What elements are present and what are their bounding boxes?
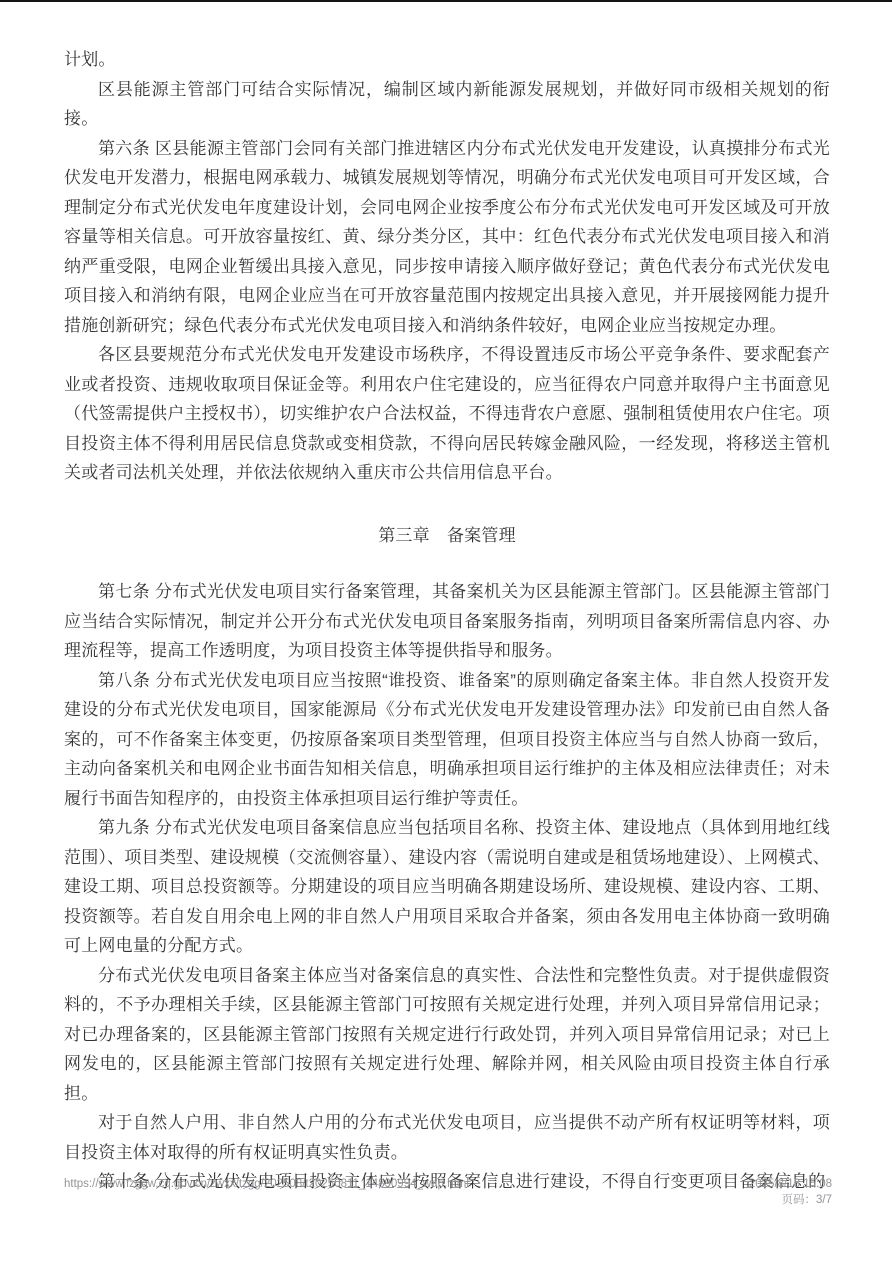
paragraph-article-9: 第九条 分布式光伏发电项目备案信息应当包括项目名称、投资主体、建设地点（具体到用… [64, 813, 830, 961]
footer-page-number: 页码：3/7 [749, 1192, 832, 1208]
paragraph-filing-responsibility: 分布式光伏发电项目备案主体应当对备案信息的真实性、合法性和完整性负责。对于提供虚… [64, 961, 830, 1109]
chapter-heading: 第三章 备案管理 [64, 521, 830, 551]
footer-datetime: 2025/8/18 15:08 [749, 1176, 832, 1192]
paragraph-market-order: 各区县要规范分布式光伏发电开发建设市场秩序，不得设置违反市场公平竞争条件、要求配… [64, 340, 830, 488]
footer-url: https://www.fzggw.cq.gov.cn/zwxx/tzgg/20… [64, 1176, 469, 1192]
document-body: 计划。 区县能源主管部门可结合实际情况，编制区域内新能源发展规划，并做好同市级相… [64, 45, 830, 1197]
paragraph-ownership-proof: 对于自然人户用、非自然人户用的分布式光伏发电项目，应当提供不动产所有权证明等材料… [64, 1108, 830, 1167]
paragraph-article-7: 第七条 分布式光伏发电项目实行备案管理，其备案机关为区县能源主管部门。区县能源主… [64, 577, 830, 666]
paragraph-article-6: 第六条 区县能源主管部门会同有关部门推进辖区内分布式光伏发电开发建设，认真摸排分… [64, 134, 830, 341]
footer-meta: 2025/8/18 15:08 页码：3/7 [749, 1176, 832, 1208]
paragraph-article-8: 第八条 分布式光伏发电项目应当按照“谁投资、谁备案”的原则确定备案主体。非自然人… [64, 666, 830, 814]
screenshot-top-edge [0, 0, 892, 2]
paragraph-regional-planning: 区县能源主管部门可结合实际情况，编制区域内新能源发展规划，并做好同市级相关规划的… [64, 75, 830, 134]
paragraph-continuation: 计划。 [64, 45, 830, 75]
print-footer: https://www.fzggw.cq.gov.cn/zwxx/tzgg/20… [64, 1176, 832, 1208]
